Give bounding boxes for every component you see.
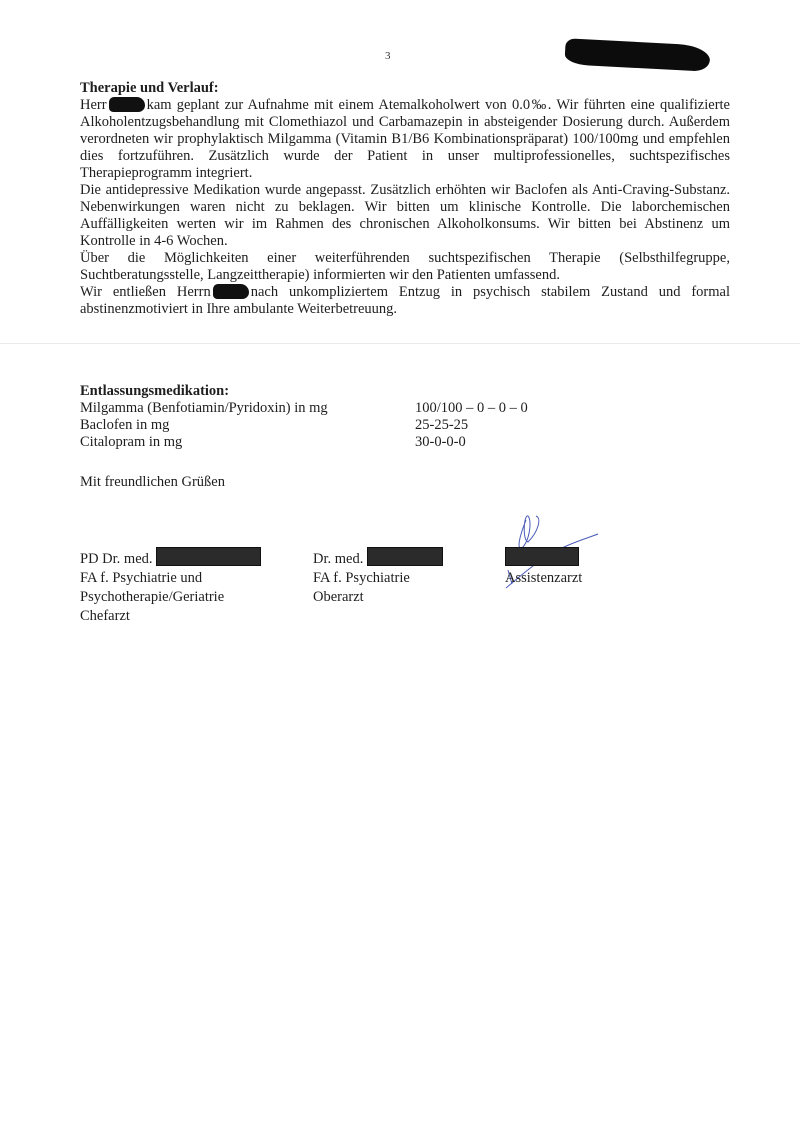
signature-chief-physician: PD Dr. med. FA f. Psychiatrie und Psycho… [80,547,261,626]
therapy-text: kam geplant zur Aufnahme mit einem Atema… [80,97,730,181]
redacted-header-block [564,38,710,72]
scan-artifact-line [0,343,800,344]
redacted-name [367,547,443,566]
signature-line: FA f. Psychiatrie [313,569,443,588]
medication-row: Citalopram in mg 30-0-0-0 [80,434,640,451]
discharge-medication: Entlassungsmedikation: Milgamma (Benfoti… [80,383,640,451]
signature-line: FA f. Psychiatrie und [80,569,261,588]
medication-row: Baclofen in mg 25-25-25 [80,417,640,434]
signature-line: Assistenzarzt [505,569,582,588]
therapy-text: Herr [80,97,107,113]
therapy-paragraph-4: Wir entließen Herrnnach unkompliziertem … [80,284,730,318]
signature-title: PD Dr. med. [80,551,153,567]
redacted-patient-name [109,97,145,112]
signature-line: Psychotherapie/Geriatrie [80,588,261,607]
therapy-paragraph-1: Herrkam geplant zur Aufnahme mit einem A… [80,97,730,182]
redacted-name [505,547,579,566]
closing-greeting: Mit freundlichen Grüßen [80,474,225,491]
signature-resident: Assistenzarzt [505,547,582,588]
page-number: 3 [385,50,391,62]
redacted-patient-name [213,284,249,299]
medication-name: Milgamma (Benfotiamin/Pyridoxin) in mg [80,400,415,417]
therapy-paragraph-3: Über die Möglichkeiten einer weiterführe… [80,250,730,284]
medication-name: Baclofen in mg [80,417,415,434]
therapy-section: Therapie und Verlauf: Herrkam geplant zu… [80,80,730,318]
redacted-name [156,547,261,566]
therapy-paragraph-2: Die antidepressive Medikation wurde ange… [80,182,730,250]
medication-heading: Entlassungsmedikation: [80,383,640,400]
signature-senior-physician: Dr. med. FA f. Psychiatrie Oberarzt [313,547,443,607]
medication-dose: 25-25-25 [415,417,640,434]
medication-dose: 100/100 – 0 – 0 – 0 [415,400,640,417]
signature-title: Dr. med. [313,551,363,567]
medication-row: Milgamma (Benfotiamin/Pyridoxin) in mg 1… [80,400,640,417]
medication-dose: 30-0-0-0 [415,434,640,451]
signature-line: Oberarzt [313,588,443,607]
medication-name: Citalopram in mg [80,434,415,451]
signature-line: Chefarzt [80,607,261,626]
therapy-text: Wir entließen Herrn [80,284,211,300]
therapy-heading: Therapie und Verlauf: [80,80,730,97]
